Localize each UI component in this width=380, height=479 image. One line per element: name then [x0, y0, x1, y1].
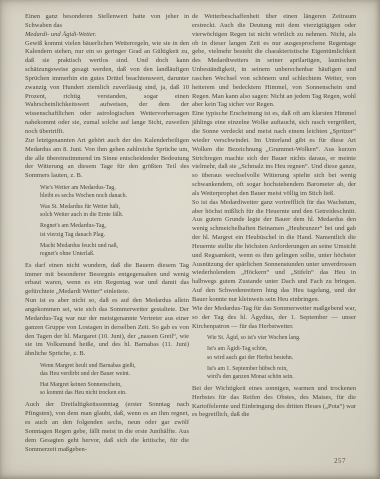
verse-line: das Heu verdirbt und der Bauer weint.	[40, 370, 189, 378]
paragraph: Gewiß kommt vielen bäuerlichen Wetterreg…	[25, 40, 189, 137]
intro-paragraph: Einen ganz besonderen Stellenwert hatte …	[25, 13, 189, 31]
right-text-column: de Wetterbeschaffenheit über einen länge…	[192, 13, 356, 420]
verse-block-margret: Wenn Margret heult und Barnabas gießt, d…	[40, 362, 189, 397]
verse-block-medardus: Wie's Wetter am Medardus-Tag, bleibt es …	[40, 184, 189, 258]
paragraph: de Wetterbeschaffenheit über einen länge…	[192, 13, 356, 110]
verse-line: so kommt das Heu nicht trocken ein.	[40, 389, 189, 397]
paragraph: So ist das Medardiwetter ganz vortreffli…	[192, 199, 356, 305]
verse-couplet: Wenn Margret heult und Barnabas gießt, d…	[40, 362, 189, 378]
paragraph: Eine typische Erscheinung ist es, daß of…	[192, 110, 356, 198]
verse-line: Wie's Wetter am Medardus-Tag,	[40, 184, 189, 192]
paragraph: Nun ist es aber nicht so, daß es auf den…	[25, 297, 189, 359]
verse-couplet: Was St. Medardus für Wetter hält, solch …	[40, 203, 189, 219]
page-number: 257	[334, 457, 346, 465]
verse-line: Regnet's am Medardus-Tag,	[40, 222, 189, 230]
verse-line: Ist's am Ägidi-Tag schön,	[207, 345, 356, 353]
scanned-book-page: Einen ganz besonderen Stellenwert hatte …	[0, 0, 380, 479]
verse-line: Wenn Margret heult und Barnabas gießt,	[40, 362, 189, 370]
verse-single-line: Wie St. Ägid, so ist's vier Wochen lang.	[207, 334, 356, 342]
paragraph: Wie der Medardus-Tag für das Sommerwette…	[192, 305, 356, 332]
verse-line: Hat Margret keinen Sonnenschein,	[40, 381, 189, 389]
chapter-heading-italic: Medardi- und Ägidi-Wetter.	[25, 31, 189, 40]
verse-couplet: Wie's Wetter am Medardus-Tag, bleibt es …	[40, 184, 189, 200]
paragraph: Bei der Wichtigkeit eines sonnigen, warm…	[192, 385, 356, 420]
verse-couplet: Ist's am 1. September hübsch rein, wird'…	[207, 365, 356, 381]
verse-couplet: Regnet's am Medardus-Tag, ist vierzig Ta…	[40, 222, 189, 238]
verse-couplet: Ist's am Ägidi-Tag schön, so wird auch g…	[207, 345, 356, 361]
verse-line: Ist's am 1. September hübsch rein,	[207, 365, 356, 373]
left-text-column: Einen ganz besonderen Stellenwert hatte …	[25, 13, 189, 455]
paragraph: Es darf einen nicht wundern, daß die Bau…	[25, 262, 189, 297]
verse-line: solch Wetter auch in die Ernte fällt.	[40, 211, 189, 219]
verse-line: so wird auch gut der Herbst bestehn.	[207, 354, 356, 362]
verse-line: regnet's ohne Unterlaß.	[40, 250, 189, 258]
verse-line: Wie St. Ägid, so ist's vier Wochen lang.	[207, 334, 356, 342]
verse-line: wird's den ganzen Monat schön sein.	[207, 373, 356, 381]
verse-line: bleibt es sechs Wochen noch danach.	[40, 192, 189, 200]
paragraph: Zur letztgenannten Art gehört auch der d…	[25, 137, 189, 181]
paragraph: Auch der Dreifaltigkeitssonntag (erster …	[25, 401, 189, 454]
verse-couplet: Hat Margret keinen Sonnenschein, so komm…	[40, 381, 189, 397]
verse-couplet: Macht Medardus feucht und naß, regnet's …	[40, 242, 189, 258]
verse-line: Was St. Medardus für Wetter hält,	[40, 203, 189, 211]
verse-line: ist vierzig Tag danach Plag.	[40, 231, 189, 239]
verse-block-aegidi: Wie St. Ägid, so ist's vier Wochen lang.…	[207, 334, 356, 380]
verse-line: Macht Medardus feucht und naß,	[40, 242, 189, 250]
